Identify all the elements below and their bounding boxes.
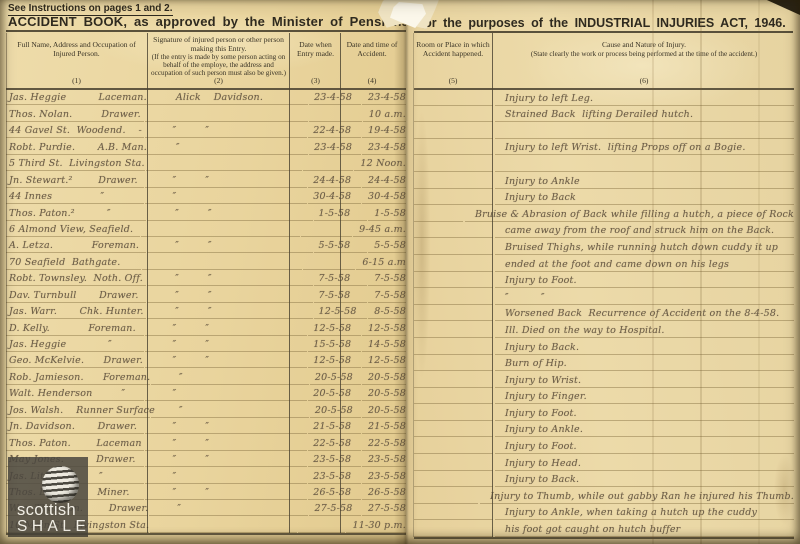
accident-date-cell: 12-5-58 — [362, 351, 406, 368]
globe-icon — [42, 466, 79, 503]
cause-of-injury-cell: Injury to Foot. — [495, 403, 794, 421]
place-cell — [414, 519, 493, 537]
column-divider-3-4 — [340, 33, 341, 533]
cause-of-injury-cell: Injury to Foot. — [495, 271, 794, 289]
fold-crease — [652, 0, 654, 544]
table-row: Strained Back lifting Derailed hutch. — [414, 106, 794, 123]
entry-date-cell: 12-5-58 — [308, 318, 361, 335]
entry-date-cell: 22-4-58 — [308, 121, 361, 138]
table-row: Bruise & Abrasion of Back while filling … — [414, 205, 794, 222]
table-row: Thos. Paton.² ″ ″ ″ 1-5-58 1-5-58 — [6, 204, 406, 220]
table-border-left — [6, 33, 7, 533]
accident-date-cell: 7-5-58 — [368, 285, 406, 302]
place-cell — [414, 337, 493, 355]
fold-crease — [700, 0, 702, 544]
table-row: Robt. Townsley. Noth. Off. ″ ″ 7-5-58 7-… — [6, 270, 406, 286]
accident-date-cell: 20-5-58 — [362, 367, 406, 384]
place-cell — [414, 486, 478, 504]
place-cell — [414, 453, 493, 471]
place-cell — [414, 204, 463, 222]
cause-of-injury-cell: Injury to Ankle — [495, 171, 794, 189]
signature-cell: ″ ″ — [145, 318, 308, 335]
name-occupation-cell: Thos. Paton. Laceman — [6, 433, 144, 450]
entry-date-cell: 20-5-58 — [308, 384, 361, 401]
accident-date-cell: 20-5-58 — [362, 400, 406, 417]
signature-cell: ″ ″ — [145, 433, 308, 450]
accident-date-cell: 21-5-58 — [362, 417, 406, 434]
place-cell — [414, 420, 493, 438]
injuries-act-title: for the purposes of the INDUSTRIAL INJUR… — [420, 16, 786, 30]
name-occupation-cell: Thos. Paton.² ″ — [6, 203, 146, 220]
header-rule — [6, 88, 406, 90]
cause-of-injury-cell: Injury to Wrist. — [495, 370, 794, 388]
name-occupation-cell: Dav. Turnbull Drawer. — [6, 285, 146, 302]
table-row: Thos. Paton. Laceman ″ ″ 22-5-58 22-5-58 — [6, 434, 406, 450]
table-row: Injury to left Leg. — [414, 89, 794, 106]
signature-cell — [141, 220, 300, 237]
table-row: Injury to Foot. — [414, 272, 794, 289]
table-row: Rob. Jamieson. Foreman. ″ 20-5-58 20-5-5… — [6, 368, 406, 384]
cause-of-injury-cell: his foot got caught on hutch buffer — [495, 519, 794, 537]
right-entries: Injury to left Leg. Strained Back liftin… — [414, 89, 794, 537]
accident-date-cell: 27-5-58 — [362, 499, 406, 516]
name-occupation-cell: A. Letza. Foreman. — [6, 236, 146, 253]
signature-cell: ″ — [148, 137, 308, 154]
table-row: Injury to Back — [414, 189, 794, 206]
table-row: came away from the roof and struck him o… — [414, 222, 794, 239]
place-cell — [414, 503, 493, 521]
table-row: Worsened Back Recurrence of Accident on … — [414, 305, 794, 322]
cause-of-injury-cell: ″ ″ — [495, 287, 794, 305]
table-row: Thos. Nolan. Drawer. 10 a.m. — [6, 105, 406, 121]
signature-cell: ″ — [149, 499, 308, 516]
table-row: D. Kelly. Foreman. ″ ″ 12-5-58 12-5-58 — [6, 319, 406, 335]
column-header-6: Cause and Nature of Injury. (State clear… — [494, 33, 794, 88]
cause-of-injury-cell: Injury to Back — [495, 188, 794, 206]
name-occupation-cell: Robt. Purdie. A.B. Man. — [6, 137, 147, 154]
entry-date-cell: 23-4-58 — [309, 88, 361, 105]
cause-of-injury-cell: Injury to Finger. — [495, 387, 794, 405]
cause-of-injury-cell: Injury to Foot. — [495, 436, 794, 454]
place-cell — [414, 88, 493, 106]
entry-date-cell: 12-5-58 — [308, 351, 361, 368]
accident-date-cell: 23-5-58 — [362, 450, 406, 467]
name-occupation-cell: Jos. Walsh. Runner Surface — [6, 400, 150, 417]
watermark-text: SHALE — [17, 518, 90, 536]
place-cell — [414, 105, 493, 123]
entry-date-cell: 15-5-58 — [308, 335, 361, 352]
place-cell — [414, 221, 493, 239]
entry-date-cell — [303, 252, 355, 269]
table-row: A. Letza. Foreman. ″ ″ 5-5-58 5-5-58 — [6, 237, 406, 253]
accident-date-cell: 9-45 a.m. — [353, 220, 406, 237]
entry-date-cell: 21-5-58 — [308, 417, 361, 434]
place-cell — [414, 320, 493, 338]
cause-of-injury-cell: Bruise & Abrasion of Back while filling … — [465, 204, 794, 222]
accident-date-cell: 26-5-58 — [362, 483, 406, 500]
name-occupation-cell: Robt. Townsley. Noth. Off. — [6, 269, 146, 286]
table-row: Burn of Hip. — [414, 355, 794, 372]
column-divider-1-2 — [147, 33, 148, 533]
place-cell — [414, 387, 493, 405]
signature-cell: ″ ″ — [145, 351, 308, 368]
cause-of-injury-cell — [495, 154, 794, 172]
name-occupation-cell: Thos. Nolan. Drawer. — [6, 104, 144, 121]
name-occupation-cell: Jas. Heggie Laceman. — [6, 88, 147, 105]
name-occupation-cell: 44 Innes ″ — [6, 187, 144, 204]
accident-date-cell: 6-15 a.m — [356, 252, 406, 269]
accident-date-cell: 22-5-58 — [362, 433, 406, 450]
cause-of-injury-cell: Injury to left Wrist. lifting Props off … — [495, 138, 794, 156]
column-divider-2-3 — [289, 33, 290, 533]
cause-of-injury-cell: Ill. Died on the way to Hospital. — [495, 320, 794, 338]
place-cell — [414, 354, 493, 372]
entry-date-cell: 30-4-58 — [308, 187, 361, 204]
table-row: Injury to Back. — [414, 338, 794, 355]
table-row: Jas. Warr. Chk. Hunter. ″ ″ 12-5-58 8-5-… — [6, 303, 406, 319]
place-cell — [414, 171, 493, 189]
entry-date-cell — [303, 154, 353, 171]
fold-crease — [758, 0, 760, 544]
instructions-note: See Instructions on pages 1 and 2. — [8, 3, 173, 14]
title-rule — [6, 30, 406, 32]
cause-of-injury-cell — [495, 121, 794, 139]
accident-date-cell: 24-4-58 — [362, 170, 406, 187]
place-cell — [414, 287, 493, 305]
table-row: Jos. Walsh. Runner Surface ″ 20-5-58 20-… — [6, 401, 406, 417]
accident-date-cell: 14-5-58 — [362, 335, 406, 352]
table-row: Jn. Stewart.² Drawer. ″ ″ 24-4-58 24-4-5… — [6, 171, 406, 187]
entry-date-cell: 27-5-58 — [309, 499, 360, 516]
place-cell — [414, 304, 493, 322]
table-row: his foot got caught on hutch buffer — [414, 520, 794, 537]
cause-of-injury-cell: Strained Back lifting Derailed hutch. — [495, 105, 794, 123]
table-row: 5 Third St. Livingston Sta. 12 Noon. — [6, 155, 406, 171]
name-occupation-cell: 44 Gavel St. Woodend. - — [6, 121, 144, 138]
entry-date-cell — [298, 515, 345, 532]
accident-date-cell: 30-4-58 — [362, 187, 406, 204]
place-cell — [414, 470, 493, 488]
signature-cell: ″ — [151, 400, 309, 417]
name-occupation-cell: Jn. Stewart.² Drawer. — [6, 170, 144, 187]
table-row: Injury to Ankle, when taking a hutch up … — [414, 504, 794, 521]
entry-date-cell: 20-5-58 — [310, 367, 361, 384]
signature-cell: Alick Davidson. — [148, 88, 308, 105]
table-row: Walt. Henderson ″ ″ 20-5-58 20-5-58 — [6, 385, 406, 401]
name-occupation-cell: 6 Almond View, Seafield. — [6, 220, 140, 237]
table-row: Bruised Thighs, while running hutch down… — [414, 238, 794, 255]
signature-cell: ″ ″ — [147, 302, 312, 319]
accident-date-cell: 10 a.m. — [363, 104, 406, 121]
accident-date-cell: 7-5-58 — [368, 269, 406, 286]
signature-cell — [146, 154, 302, 171]
name-occupation-cell: Jn. Davidson. Drawer. — [6, 417, 144, 434]
table-row: Injury to Foot. — [414, 437, 794, 454]
signature-cell: ″ ″ — [147, 203, 312, 220]
column-header-2: Signature of injured person or other per… — [148, 33, 289, 88]
accident-date-cell: 12 Noon. — [354, 154, 406, 171]
name-occupation-cell: 70 Seafield Bathgate. — [6, 252, 141, 269]
name-occupation-cell: Jas. Warr. Chk. Hunter. — [6, 302, 146, 319]
cause-of-injury-cell: Worsened Back Recurrence of Accident on … — [495, 304, 794, 322]
accident-date-cell: 12-5-58 — [362, 318, 406, 335]
signature-cell: ″ — [145, 187, 308, 204]
column-header-5: Room or Place in which Accident happened… — [414, 33, 492, 88]
accident-date-cell: 1-5-58 — [368, 203, 406, 220]
accident-date-cell: 8-5-58 — [368, 302, 406, 319]
place-cell — [414, 121, 493, 139]
signature-cell: ″ ″ — [145, 450, 308, 467]
accident-date-cell: 11-30 p.m. — [346, 515, 406, 532]
entry-date-cell — [301, 220, 352, 237]
place-cell — [414, 254, 493, 272]
table-row: Ill. Died on the way to Hospital. — [414, 321, 794, 338]
table-row: Injury to Foot. — [414, 404, 794, 421]
signature-cell: ″ — [145, 466, 308, 483]
signature-cell: ″ ″ — [145, 170, 308, 187]
accident-date-cell: 23-4-58 — [362, 88, 406, 105]
table-row: Injury to Head. — [414, 454, 794, 471]
signature-cell — [142, 252, 302, 269]
page-right: for the purposes of the INDUSTRIAL INJUR… — [406, 0, 800, 544]
name-occupation-cell: Walt. Henderson ″ — [6, 384, 144, 401]
table-row: Injury to Thumb, while out gabby Ran he … — [414, 487, 794, 504]
table-row: ″ ″ — [414, 288, 794, 305]
accident-date-cell: 5-5-58 — [368, 236, 406, 253]
accident-date-cell: 23-5-58 — [362, 466, 406, 483]
table-row: Dav. Turnbull Drawer. ″ ″ 7-5-58 7-5-58 — [6, 286, 406, 302]
scottish-shale-watermark: scottish SHALE — [8, 457, 88, 537]
cause-of-injury-cell: Injury to Head. — [495, 453, 794, 471]
signature-cell: ″ ″ — [147, 285, 312, 302]
table-row: Injury to left Wrist. lifting Props off … — [414, 139, 794, 156]
signature-cell: ″ ″ — [145, 417, 308, 434]
signature-cell: ″ ″ — [147, 269, 312, 286]
entry-date-cell — [309, 104, 362, 121]
place-cell — [414, 154, 493, 172]
cause-of-injury-cell: ended at the foot and came down on his l… — [495, 254, 794, 272]
entry-date-cell: 22-5-58 — [308, 433, 361, 450]
name-occupation-cell: 5 Third St. Livingston Sta. — [6, 154, 145, 171]
signature-cell: ″ ″ — [145, 483, 308, 500]
column-header-3: Date when Entry made. (3) — [290, 33, 341, 88]
cause-of-injury-cell: Injury to left Leg. — [495, 88, 794, 106]
signature-cell: ″ ″ — [145, 121, 308, 138]
cause-of-injury-cell: Burn of Hip. — [495, 354, 794, 372]
cause-of-injury-cell: came away from the roof and struck him o… — [495, 221, 794, 239]
entry-date-cell: 26-5-58 — [308, 483, 361, 500]
signature-cell: ″ ″ — [147, 236, 312, 253]
cause-of-injury-cell: Injury to Back. — [495, 337, 794, 355]
table-row: ended at the foot and came down on his l… — [414, 255, 794, 272]
table-row: Injury to Ankle. — [414, 421, 794, 438]
place-cell — [414, 436, 493, 454]
signature-cell: ″ — [151, 367, 309, 384]
name-occupation-cell: D. Kelly. Foreman. — [6, 318, 144, 335]
signature-cell: ″ ″ — [145, 335, 308, 352]
accident-date-cell: 19-4-58 — [362, 121, 406, 138]
cause-of-injury-cell: Bruised Thighs, while running hutch down… — [495, 237, 794, 255]
table-bottom-rule — [414, 537, 794, 539]
signature-cell — [145, 104, 308, 121]
cause-of-injury-cell: Injury to Thumb, while out gabby Ran he … — [480, 486, 794, 504]
table-row: Jas. Heggie ″ ″ ″ 15-5-58 14-5-58 — [6, 336, 406, 352]
entry-date-cell: 20-5-58 — [310, 400, 361, 417]
table-row — [414, 155, 794, 172]
signature-cell: ″ — [145, 384, 308, 401]
table-row: 70 Seafield Bathgate. 6-15 a.m — [6, 253, 406, 269]
place-cell — [414, 237, 493, 255]
table-border-left — [413, 33, 414, 537]
column-divider-5-6 — [492, 33, 493, 537]
place-cell — [414, 403, 493, 421]
signature-cell — [150, 515, 297, 532]
column-header-4: Date and time of Accident. (4) — [342, 33, 402, 88]
accident-date-cell: 23-4-58 — [362, 137, 406, 154]
table-row: 44 Gavel St. Woodend. - ″ ″ 22-4-58 19-4… — [6, 122, 406, 138]
table-row: 6 Almond View, Seafield. 9-45 a.m. — [6, 221, 406, 237]
table-row: Jn. Davidson. Drawer. ″ ″ 21-5-58 21-5-5… — [6, 418, 406, 434]
name-occupation-cell: Geo. McKelvie. Drawer. — [6, 351, 144, 368]
column-header-1: Full Name, Address and Occupation of Inj… — [6, 33, 147, 88]
cause-of-injury-cell: Injury to Ankle. — [495, 420, 794, 438]
table-row: 44 Innes ″ ″ 30-4-58 30-4-58 — [6, 188, 406, 204]
table-row — [414, 122, 794, 139]
header-rule — [414, 88, 794, 90]
table-row: Injury to Back. — [414, 471, 794, 488]
accident-date-cell: 20-5-58 — [362, 384, 406, 401]
cause-of-injury-cell: Injury to Back. — [495, 470, 794, 488]
table-row: Geo. McKelvie. Drawer. ″ ″ 12-5-58 12-5-… — [6, 352, 406, 368]
name-occupation-cell: Rob. Jamieson. Foreman. — [6, 367, 150, 384]
table-row: Jas. Heggie Laceman. Alick Davidson. 23-… — [6, 89, 406, 105]
place-cell — [414, 370, 493, 388]
entry-date-cell: 23-5-58 — [308, 466, 361, 483]
table-row: Robt. Purdie. A.B. Man. ″ 23-4-58 23-4-5… — [6, 138, 406, 154]
place-cell — [414, 188, 493, 206]
place-cell — [414, 138, 493, 156]
table-row: Injury to Wrist. — [414, 371, 794, 388]
place-cell — [414, 271, 493, 289]
entry-date-cell: 24-4-58 — [308, 170, 361, 187]
cause-of-injury-cell: Injury to Ankle, when taking a hutch up … — [495, 503, 794, 521]
entry-date-cell: 23-5-58 — [308, 450, 361, 467]
accident-book-scan: See Instructions on pages 1 and 2. ACCID… — [0, 0, 800, 544]
table-row: Injury to Ankle — [414, 172, 794, 189]
table-row: Injury to Finger. — [414, 388, 794, 405]
name-occupation-cell: Jas. Heggie ″ — [6, 335, 144, 352]
entry-date-cell: 23-4-58 — [309, 137, 361, 154]
